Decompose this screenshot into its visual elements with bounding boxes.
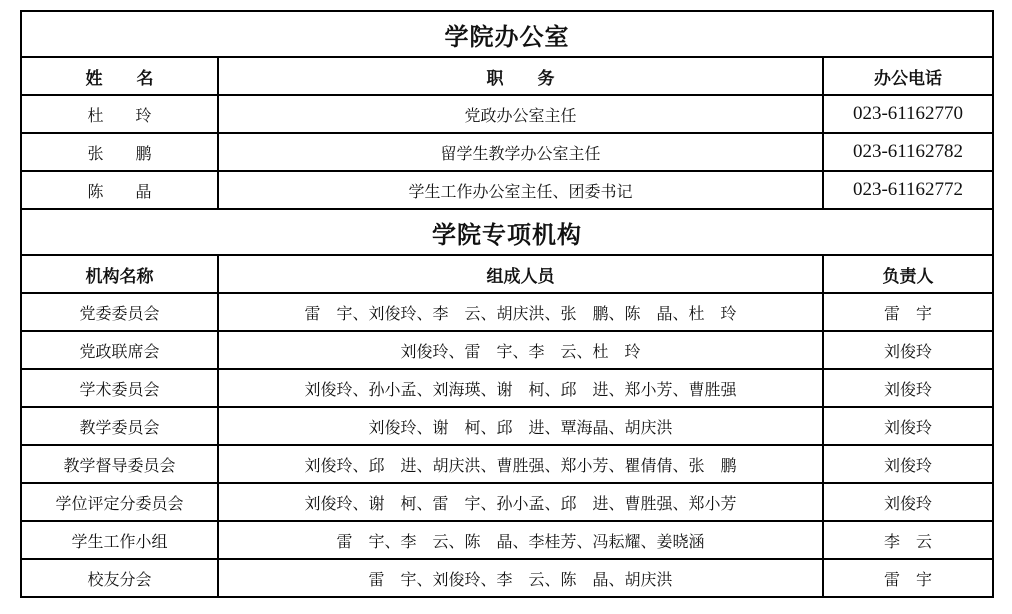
- office-and-org-table: 学院办公室 姓 名 职 务 办公电话 杜 玲 党政办公室主任 023-61162…: [20, 10, 994, 598]
- members-cell: 刘俊玲、孙小孟、刘海瑛、谢 柯、邱 进、郑小芳、曹胜强: [218, 369, 823, 407]
- phone-cell: 023-61162770: [823, 95, 993, 133]
- name-cell: 陈 晶: [21, 171, 218, 209]
- org-name-cell: 党委委员会: [21, 293, 218, 331]
- org-name-cell: 校友分会: [21, 559, 218, 597]
- members-cell: 刘俊玲、谢 柯、雷 宇、孙小孟、邱 进、曹胜强、郑小芳: [218, 483, 823, 521]
- members-cell: 雷 宇、李 云、陈 晶、李桂芳、冯耘耀、姜晓涵: [218, 521, 823, 559]
- leader-cell: 刘俊玲: [823, 407, 993, 445]
- table-row: 学生工作小组 雷 宇、李 云、陈 晶、李桂芳、冯耘耀、姜晓涵 李 云: [21, 521, 993, 559]
- org-name-cell: 学位评定分委员会: [21, 483, 218, 521]
- leader-cell: 刘俊玲: [823, 331, 993, 369]
- phone-cell: 023-61162782: [823, 133, 993, 171]
- members-cell: 雷 宇、刘俊玲、李 云、陈 晶、胡庆洪: [218, 559, 823, 597]
- position-cell: 学生工作办公室主任、团委书记: [218, 171, 823, 209]
- members-cell: 雷 宇、刘俊玲、李 云、胡庆洪、张 鹏、陈 晶、杜 玲: [218, 293, 823, 331]
- position-cell: 党政办公室主任: [218, 95, 823, 133]
- org-name-cell: 学术委员会: [21, 369, 218, 407]
- table-row: 学位评定分委员会 刘俊玲、谢 柯、雷 宇、孙小孟、邱 进、曹胜强、郑小芳 刘俊玲: [21, 483, 993, 521]
- members-cell: 刘俊玲、邱 进、胡庆洪、曹胜强、郑小芳、瞿倩倩、张 鹏: [218, 445, 823, 483]
- table-row: 校友分会 雷 宇、刘俊玲、李 云、陈 晶、胡庆洪 雷 宇: [21, 559, 993, 597]
- leader-cell: 刘俊玲: [823, 369, 993, 407]
- phone-cell: 023-61162772: [823, 171, 993, 209]
- org-name-cell: 教学督导委员会: [21, 445, 218, 483]
- name-cell: 杜 玲: [21, 95, 218, 133]
- table-row: 张 鹏 留学生教学办公室主任 023-61162782: [21, 133, 993, 171]
- document-page: 学院办公室 姓 名 职 务 办公电话 杜 玲 党政办公室主任 023-61162…: [20, 10, 994, 598]
- header-position: 职 务: [218, 57, 823, 95]
- table-row: 教学委员会 刘俊玲、谢 柯、邱 进、覃海晶、胡庆洪 刘俊玲: [21, 407, 993, 445]
- leader-cell: 刘俊玲: [823, 445, 993, 483]
- org-name-cell: 学生工作小组: [21, 521, 218, 559]
- table-row: 陈 晶 学生工作办公室主任、团委书记 023-61162772: [21, 171, 993, 209]
- header-leader: 负责人: [823, 255, 993, 293]
- leader-cell: 李 云: [823, 521, 993, 559]
- org-name-cell: 教学委员会: [21, 407, 218, 445]
- table-row: 党政联席会 刘俊玲、雷 宇、李 云、杜 玲 刘俊玲: [21, 331, 993, 369]
- section2-title-row: 学院专项机构: [21, 209, 993, 255]
- section2-header-row: 机构名称 组成人员 负责人: [21, 255, 993, 293]
- table-row: 学术委员会 刘俊玲、孙小孟、刘海瑛、谢 柯、邱 进、郑小芳、曹胜强 刘俊玲: [21, 369, 993, 407]
- name-cell: 张 鹏: [21, 133, 218, 171]
- leader-cell: 刘俊玲: [823, 483, 993, 521]
- table-row: 杜 玲 党政办公室主任 023-61162770: [21, 95, 993, 133]
- header-phone: 办公电话: [823, 57, 993, 95]
- table-row: 教学督导委员会 刘俊玲、邱 进、胡庆洪、曹胜强、郑小芳、瞿倩倩、张 鹏 刘俊玲: [21, 445, 993, 483]
- position-cell: 留学生教学办公室主任: [218, 133, 823, 171]
- leader-cell: 雷 宇: [823, 559, 993, 597]
- members-cell: 刘俊玲、雷 宇、李 云、杜 玲: [218, 331, 823, 369]
- leader-cell: 雷 宇: [823, 293, 993, 331]
- header-members: 组成人员: [218, 255, 823, 293]
- header-org-name: 机构名称: [21, 255, 218, 293]
- section1-header-row: 姓 名 职 务 办公电话: [21, 57, 993, 95]
- org-name-cell: 党政联席会: [21, 331, 218, 369]
- table-row: 党委委员会 雷 宇、刘俊玲、李 云、胡庆洪、张 鹏、陈 晶、杜 玲 雷 宇: [21, 293, 993, 331]
- members-cell: 刘俊玲、谢 柯、邱 进、覃海晶、胡庆洪: [218, 407, 823, 445]
- section1-title: 学院办公室: [21, 11, 993, 57]
- section2-title: 学院专项机构: [21, 209, 993, 255]
- header-name: 姓 名: [21, 57, 218, 95]
- section1-title-row: 学院办公室: [21, 11, 993, 57]
